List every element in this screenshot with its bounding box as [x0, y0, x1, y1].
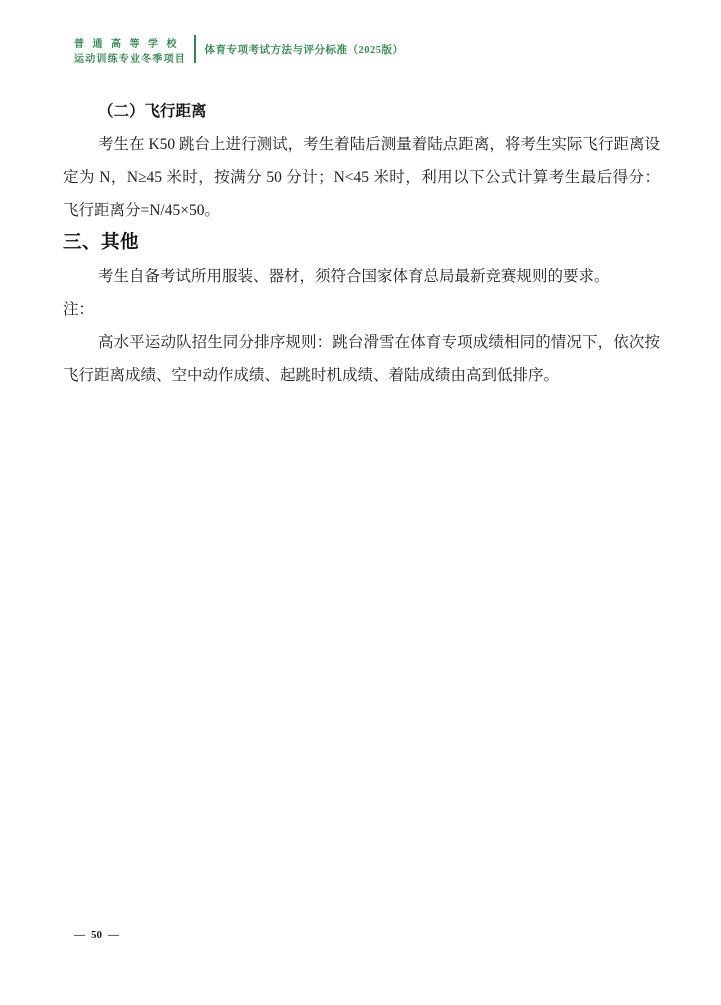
paragraph-equipment-requirements: 考生自备考试所用服装、器材，须符合国家体育总局最新竞赛规则的要求。 — [63, 260, 660, 293]
document-body: （二）飞行距离 考生在 K50 跳台上进行测试，考生着陆后测量着陆点距离，将考生… — [63, 95, 660, 392]
header-program-line2: 运动训练专业冬季项目 — [74, 50, 186, 65]
subsection-heading-flight-distance: （二）飞行距离 — [98, 95, 660, 128]
page-number: 50 — [91, 929, 102, 941]
footer-dash-right: — — [108, 929, 119, 941]
header-program-line1: 普 通 高 等 学 校 — [74, 35, 186, 50]
page-header: 普 通 高 等 学 校 运动训练专业冬季项目 体育专项考试方法与评分标准（202… — [74, 35, 404, 63]
paragraph-tie-breaking-rule: 高水平运动队招生同分排序规则：跳台滑雪在体育专项成绩相同的情况下，依次按飞行距离… — [63, 326, 660, 392]
section-heading-other: 三、其他 — [63, 227, 660, 260]
page-footer: — 50 — — [74, 929, 119, 941]
header-program-label: 普 通 高 等 学 校 运动训练专业冬季项目 — [74, 35, 186, 63]
footer-dash-left: — — [74, 929, 85, 941]
header-doc-title: 体育专项考试方法与评分标准（2025版） — [205, 42, 404, 57]
header-divider — [194, 35, 196, 63]
paragraph-flight-distance: 考生在 K50 跳台上进行测试，考生着陆后测量着陆点距离，将考生实际飞行距离设定… — [63, 128, 660, 227]
note-label: 注： — [63, 293, 660, 326]
